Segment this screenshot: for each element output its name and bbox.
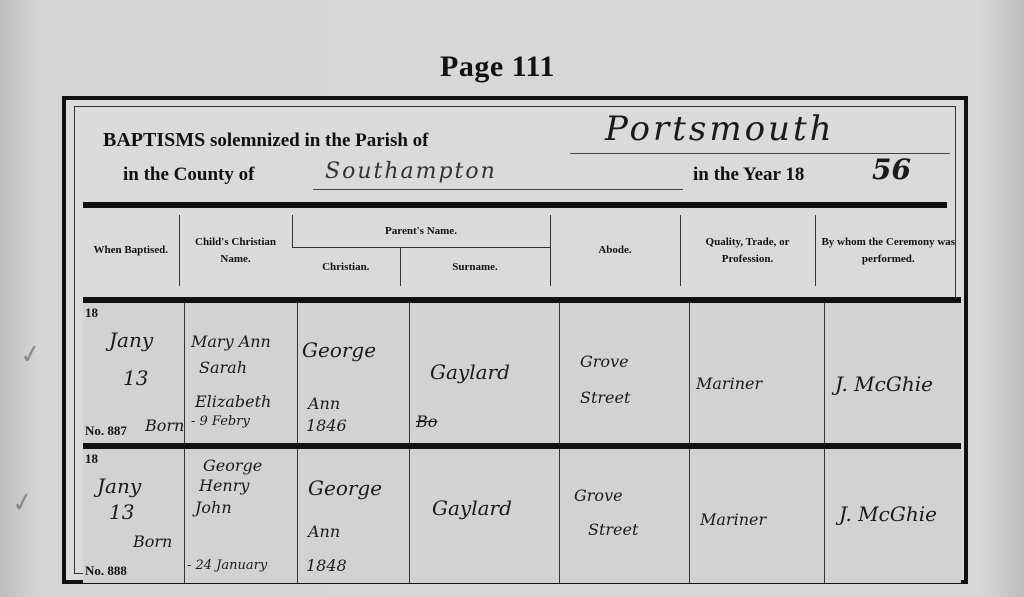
- year-prefix: 18: [85, 305, 98, 321]
- surname: Gaylard: [432, 497, 512, 520]
- when-cell: 18 Jany 13 No. 887 Born: [83, 303, 184, 443]
- county-fill-line: [313, 189, 683, 190]
- abode-line-1: Grove: [580, 353, 629, 371]
- margin-check-mark-2: ✓: [10, 486, 37, 519]
- parish-value: Portsmouth: [605, 109, 835, 149]
- col-when-baptised: When Baptised.: [83, 215, 179, 286]
- col-abode: Abode.: [550, 215, 680, 286]
- entry-number: No. 887: [85, 423, 127, 439]
- column-headers: When Baptised. Child's Christian Name. P…: [83, 215, 961, 286]
- county-value: Southampton: [325, 159, 497, 184]
- register-entries: 18 Jany 13 No. 887 Born Mary Ann Sarah E…: [83, 297, 961, 583]
- mother-name: Ann: [308, 523, 340, 541]
- page-title: Page 111: [440, 50, 555, 84]
- year-value: 56: [872, 153, 911, 186]
- col-parent-surname: Surname.: [400, 248, 550, 287]
- officiant-signature: J. McGhie: [835, 373, 933, 396]
- col-child-name: Child's Christian Name.: [179, 215, 292, 286]
- struck-note: Bo: [416, 413, 437, 431]
- header-rule: [83, 202, 947, 208]
- profession-cell: Mariner: [689, 303, 824, 443]
- officiant-cell: J. McGhie: [824, 449, 961, 583]
- baptism-month: Jany: [109, 329, 153, 352]
- born-note: Born: [145, 417, 184, 435]
- parent-christian-cell: George Ann 1848: [297, 449, 409, 583]
- surname: Gaylard: [430, 361, 510, 384]
- county-label: in the County of: [123, 164, 254, 186]
- col-parent-christian: Christian.: [292, 248, 400, 287]
- surname-cell: Gaylard: [409, 449, 559, 583]
- register-heading: BAPTISMS solemnized in the Parish of: [103, 129, 429, 152]
- profession: Mariner: [696, 375, 762, 393]
- surname-cell: Gaylard Bo: [409, 303, 559, 443]
- father-name: George: [302, 339, 376, 362]
- year-prefix: 18: [85, 451, 98, 467]
- child-name-3: John: [195, 499, 232, 517]
- officiant-signature: J. McGhie: [839, 503, 937, 526]
- abode-line-1: Grove: [574, 487, 623, 505]
- heading-baptisms: BAPTISMS: [103, 129, 205, 151]
- heading-solemnized: solemnized in the Parish of: [210, 130, 429, 151]
- register-entry: 18 Jany 13 No. 887 Born Mary Ann Sarah E…: [83, 297, 961, 443]
- birth-year: 1846: [306, 417, 347, 435]
- child-name-2: Sarah: [199, 359, 247, 377]
- col-parents-name: Parent's Name.: [292, 215, 550, 248]
- when-cell: 18 Jany 13 No. 888 Born: [83, 449, 184, 583]
- child-name-3: Elizabeth: [195, 393, 271, 411]
- entry-number: No. 888: [85, 563, 127, 579]
- child-name-1: George: [203, 457, 262, 475]
- margin-check-mark-1: ✓: [18, 338, 45, 371]
- col-quality-trade: Quality, Trade, or Profession.: [680, 215, 815, 286]
- year-label: in the Year 18: [693, 164, 804, 186]
- abode-line-2: Street: [588, 521, 638, 539]
- birth-year: 1848: [306, 557, 347, 575]
- birth-date: - 24 January: [187, 559, 267, 574]
- child-name-cell: Mary Ann Sarah Elizabeth - 9 Febry: [184, 303, 297, 443]
- register-page: Page 111 ✓ ✓ BAPTISMS solemnized in the …: [0, 0, 1024, 597]
- mother-name: Ann: [308, 395, 340, 413]
- child-name-cell: George Henry John - 24 January: [184, 449, 297, 583]
- born-note: Born: [133, 533, 172, 551]
- father-name: George: [308, 477, 382, 500]
- officiant-cell: J. McGhie: [824, 303, 961, 443]
- abode-line-2: Street: [580, 389, 630, 407]
- baptism-day: 13: [123, 367, 148, 390]
- child-name-2: Henry: [199, 477, 249, 495]
- profession: Mariner: [700, 511, 766, 529]
- abode-cell: Grove Street: [559, 449, 689, 583]
- register-frame: BAPTISMS solemnized in the Parish of Por…: [62, 96, 968, 584]
- parent-christian-cell: George Ann 1846: [297, 303, 409, 443]
- child-name-1: Mary Ann: [191, 333, 271, 351]
- col-by-whom: By whom the Ceremony was performed.: [815, 215, 961, 286]
- baptism-month: Jany: [97, 475, 141, 498]
- birth-date: - 9 Febry: [191, 415, 250, 430]
- abode-cell: Grove Street: [559, 303, 689, 443]
- baptism-day: 13: [109, 501, 134, 524]
- profession-cell: Mariner: [689, 449, 824, 583]
- register-entry: 18 Jany 13 No. 888 Born George Henry Joh…: [83, 443, 961, 583]
